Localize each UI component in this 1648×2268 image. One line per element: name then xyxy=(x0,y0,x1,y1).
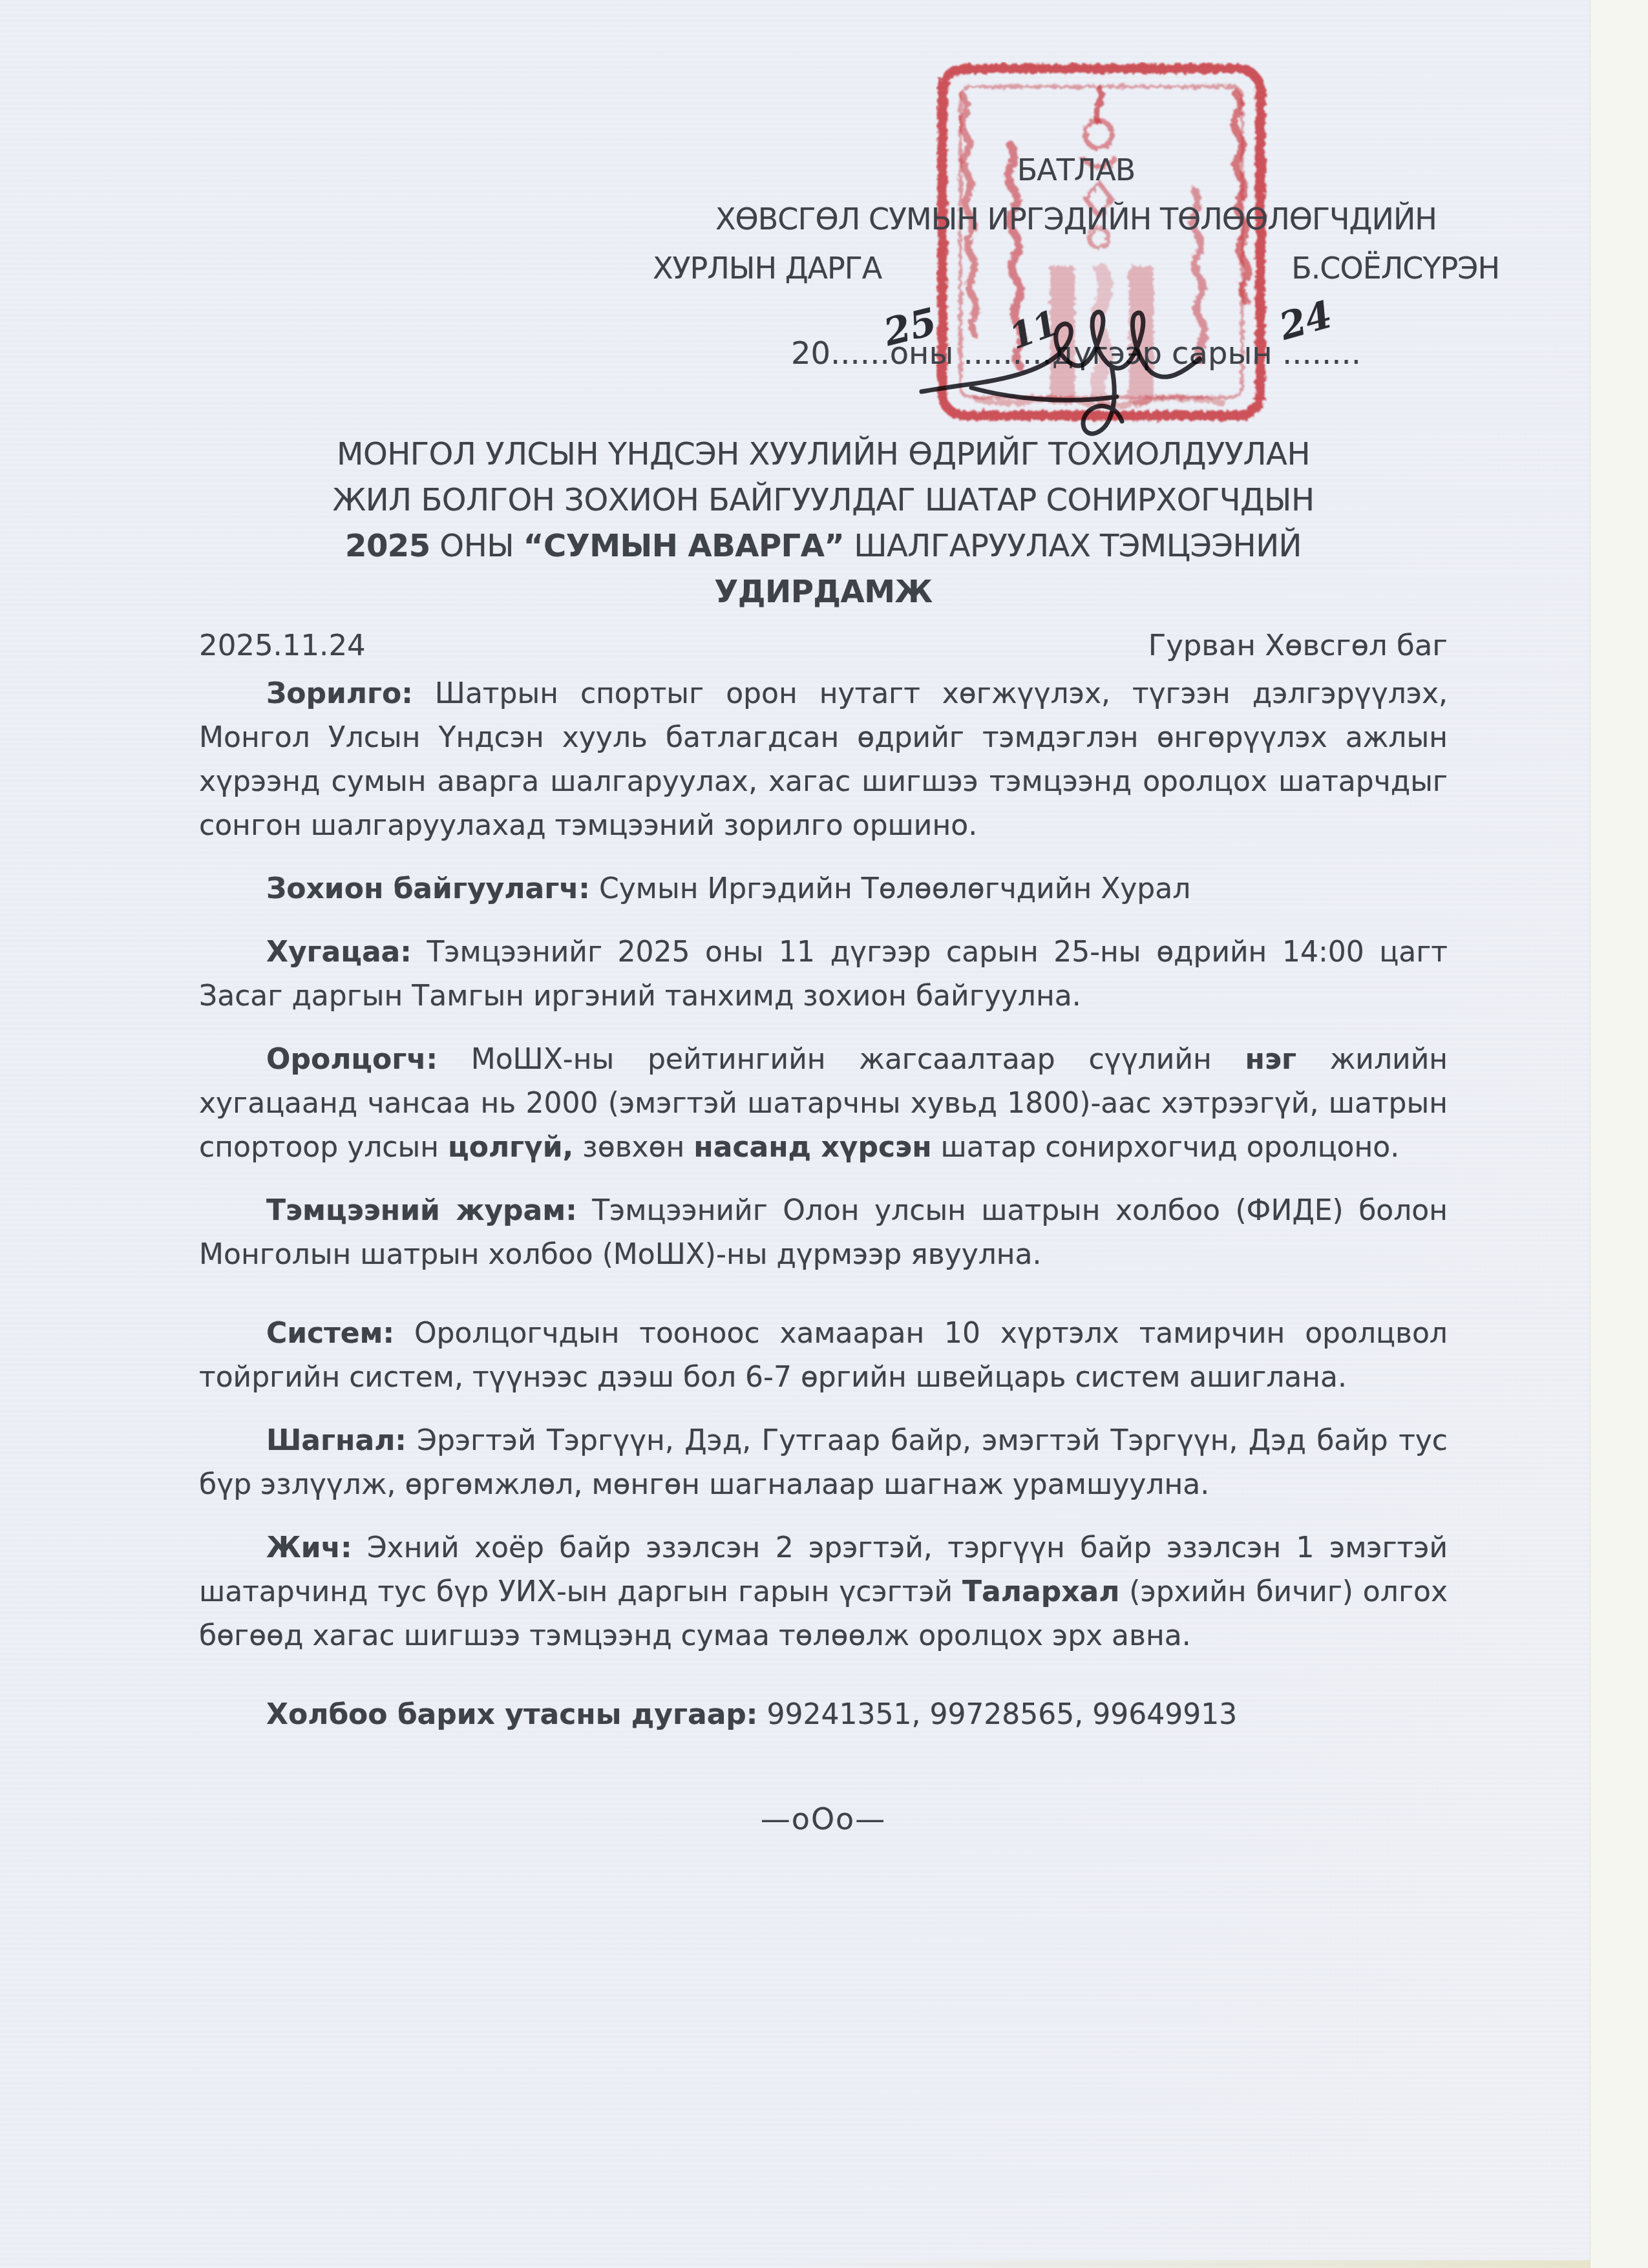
meta-row: 2025.11.24 Гурван Хөвсгөл баг xyxy=(199,628,1448,662)
title-line-3: 2025 ОНЫ “СУМЫН АВАРГА” ШАЛГАРУУЛАХ ТЭМЦ… xyxy=(199,523,1448,569)
bold-neg: нэг xyxy=(1245,1043,1296,1076)
date-prefix: 20 xyxy=(791,335,830,372)
approval-word: БАТЛАВ xyxy=(653,145,1499,194)
contact-phone-numbers: 99241351, 99728565, 99649913 xyxy=(757,1698,1237,1731)
paragraph-juram: Тэмцээний журам: Тэмцээнийг Олон улсын ш… xyxy=(199,1189,1448,1277)
text-oroltsogch-3: зөвхөн xyxy=(573,1131,693,1164)
title-line-2: ЖИЛ БОЛГОН ЗОХИОН БАЙГУУЛДАГ ШАТАР СОНИР… xyxy=(199,478,1448,523)
title-line3-tail: ШАЛГАРУУЛАХ ТЭМЦЭЭНИЙ xyxy=(844,528,1302,564)
label-zohion: Зохион байгуулагч: xyxy=(266,872,590,905)
bold-nasand-khursen: насанд хүрсэн xyxy=(693,1131,931,1164)
title-year: 2025 xyxy=(345,528,430,564)
paragraph-hugatsaa: Хугацаа: Тэмцээнийг 2025 оны 11 дүгээр с… xyxy=(199,930,1448,1018)
title-line3-mid: ОНЫ xyxy=(430,528,523,564)
paragraph-oroltsogch: Оролцогч: МоШХ-ны рейтингийн жагсаалтаар… xyxy=(199,1038,1448,1170)
label-jich: Жич: xyxy=(266,1531,352,1564)
paragraph-sistem: Систем: Оролцогчдын тооноос хамааран 10 … xyxy=(199,1312,1448,1400)
document-title: МОНГОЛ УЛСЫН ҮНДСЭН ХУУЛИЙН ӨДРИЙГ ТОХИО… xyxy=(199,432,1448,615)
label-juram: Тэмцээний журам: xyxy=(266,1194,577,1227)
label-oroltsogch: Оролцогч: xyxy=(266,1043,438,1076)
text-zohion: Сумын Иргэдийн Төлөөлөгчдийн Хурал xyxy=(590,872,1190,905)
title-line-4: УДИРДАМЖ xyxy=(199,569,1448,615)
label-zorilgo: Зорилго: xyxy=(266,677,413,710)
paragraph-contact: Холбоо барих утасны дугаар: 99241351, 99… xyxy=(199,1693,1448,1737)
text-oroltsogch-4: шатар сонирхогчид оролцоно. xyxy=(932,1131,1400,1164)
text-oroltsogch-1: МоШХ-ны рейтингийн жагсаалтаар сүүлийн xyxy=(438,1043,1245,1076)
scanner-edge-strip xyxy=(1590,0,1648,2268)
paragraph-zorilgo: Зорилго: Шатрын спортыг орон нутагт хөгж… xyxy=(199,672,1448,848)
label-shagnal: Шагнал: xyxy=(266,1424,407,1457)
approval-organization: ХӨВСГӨЛ СУМЫН ИРГЭДИЙН ТӨЛӨӨЛӨГЧДИЙН xyxy=(653,194,1499,244)
paragraph-jich: Жич: Эхний хоёр байр эзэлсэн 2 эрэгтэй, … xyxy=(199,1526,1448,1658)
document-date: 2025.11.24 xyxy=(199,628,366,662)
label-sistem: Систем: xyxy=(266,1317,394,1350)
label-hugatsaa: Хугацаа: xyxy=(266,936,412,969)
paragraph-zohion-baiguulagch: Зохион байгуулагч: Сумын Иргэдийн Төлөөл… xyxy=(199,867,1448,911)
title-quoted-name: “СУМЫН АВАРГА” xyxy=(523,528,845,564)
date-dots-year: ...... xyxy=(830,335,890,372)
scanner-bottom-edge xyxy=(783,2260,1590,2268)
scanned-document-page: БАТЛАВ ХӨВСГӨЛ СУМЫН ИРГЭДИЙН ТӨЛӨӨЛӨГЧД… xyxy=(0,0,1648,2268)
label-contact: Холбоо барих утасны дугаар: xyxy=(266,1698,757,1731)
signer-name: Б.СОЁЛСҮРЭН xyxy=(1291,244,1499,293)
end-divider: —оОо— xyxy=(199,1801,1448,1836)
document-body: Зорилго: Шатрын спортыг орон нутагт хөгж… xyxy=(199,672,1448,1737)
bold-tsolgui: цолгүй, xyxy=(448,1131,573,1164)
signature-icon xyxy=(910,253,1272,454)
paragraph-shagnal: Шагнал: Эрэгтэй Тэргүүн, Дэд, Гутгаар ба… xyxy=(199,1419,1448,1507)
team-name: Гурван Хөвсгөл баг xyxy=(1148,628,1448,662)
bold-talarkhal: Талархал xyxy=(962,1575,1119,1608)
signer-position: ХУРЛЫН ДАРГА xyxy=(653,244,882,293)
